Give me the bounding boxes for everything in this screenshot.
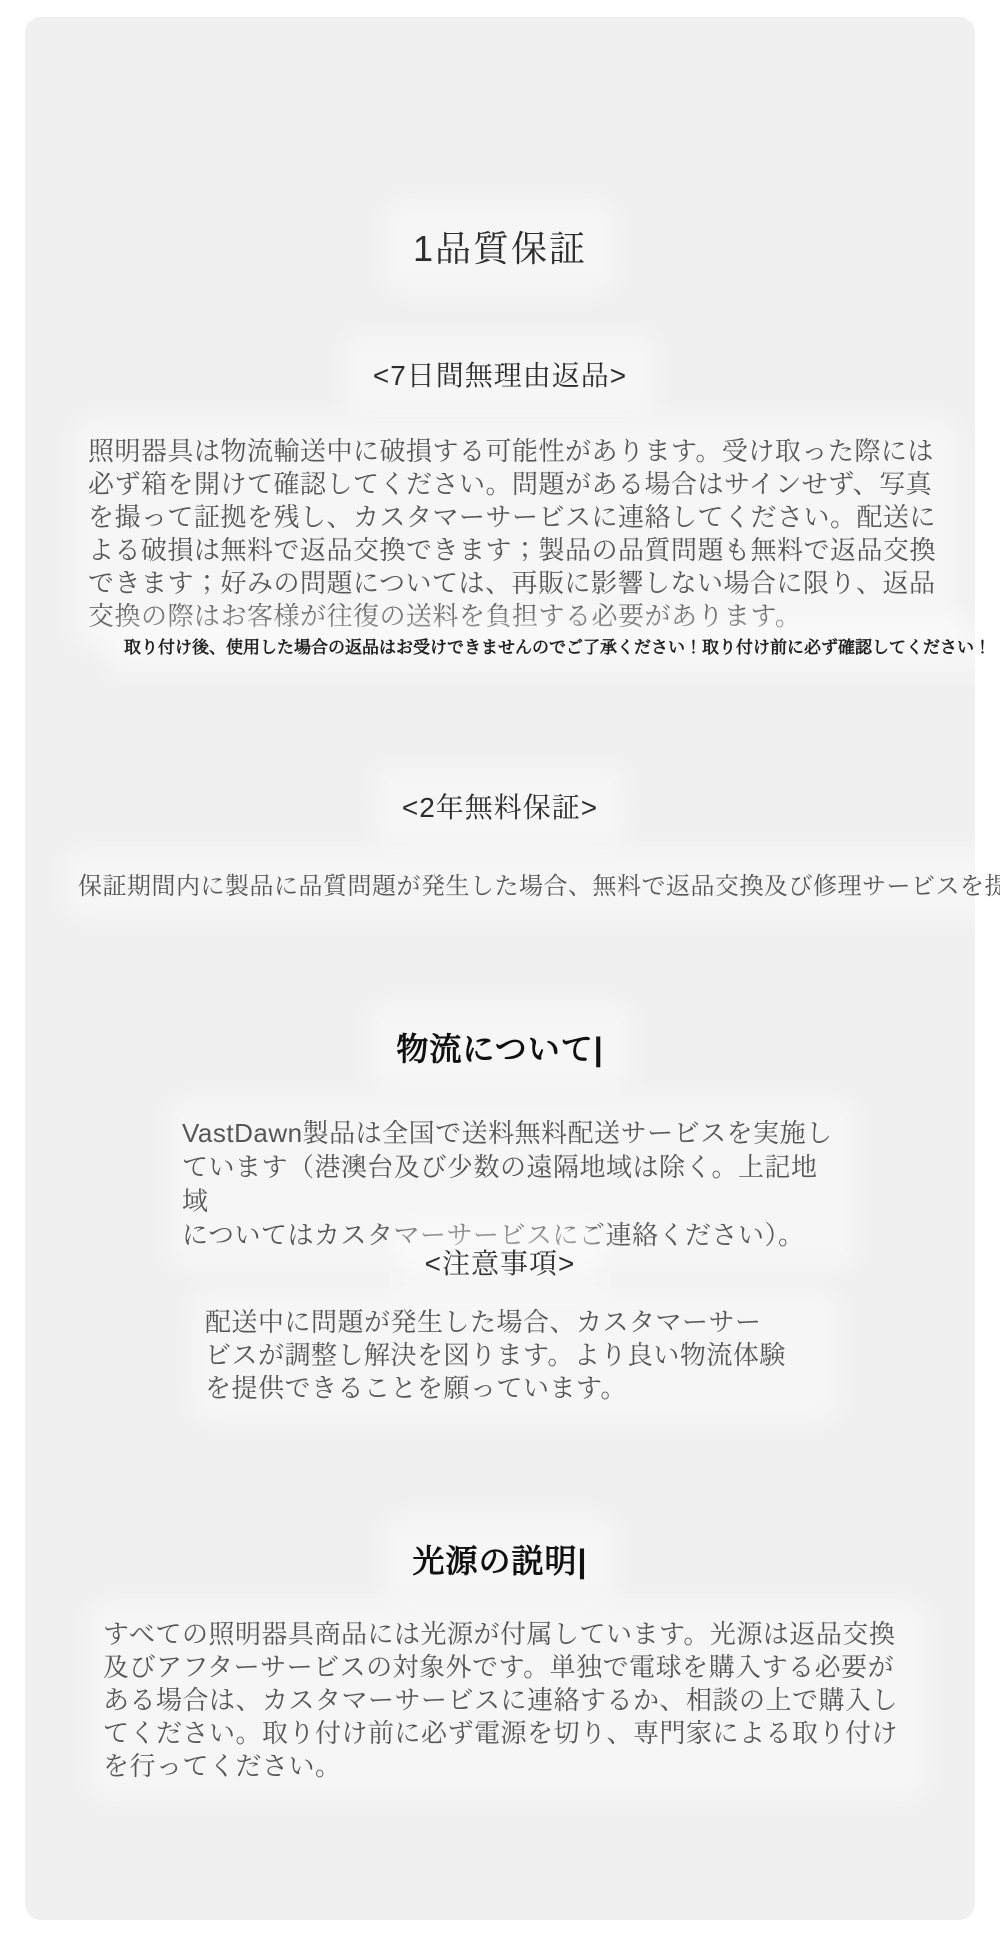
two-year-heading: <2年無料保証>: [388, 780, 612, 832]
seven-day-heading: <7日間無理由返品>: [359, 348, 641, 400]
seven-day-paragraph: 照明器具は物流輸送中に破損する可能性があります。受け取った際には 必ず箱を開けて…: [88, 433, 944, 635]
logistics-heading-row: 物流について|: [0, 1018, 1000, 1076]
logistics-paragraph: VastDawn製品は全国で送料無料配送サービスを実施し ています（港澳台及び少…: [182, 1114, 842, 1254]
page-background: { "quality": { "title": "1品質保証", "seven_…: [0, 0, 1000, 1947]
light-source-heading: 光源の説明|: [399, 1530, 602, 1588]
two-year-paragraph: 保証期間内に製品に品質問題が発生した場合、無料で返品交換及び修理サービスを提: [78, 864, 1000, 903]
light-source-heading-row: 光源の説明|: [0, 1530, 1000, 1588]
two-year-heading-row: <2年無料保証>: [0, 780, 1000, 832]
notes-heading-row: <注意事項>: [0, 1236, 1000, 1288]
quality-section-title-row: 1品質保証: [0, 215, 1000, 278]
light-source-paragraph: すべての照明器具商品には光源が付属しています。光源は返品交換 及びアフターサービ…: [103, 1616, 913, 1785]
install-warning-note: 取り付け後、使用した場合の返品はお受けできませんのでご了承ください！取り付け前に…: [120, 631, 995, 660]
seven-day-heading-row: <7日間無理由返品>: [0, 348, 1000, 400]
logistics-heading: 物流について|: [382, 1018, 617, 1076]
quality-title: 1品質保証: [399, 215, 601, 278]
notes-heading: <注意事項>: [411, 1236, 590, 1288]
notes-paragraph: 配送中に問題が発生した場合、カスタマーサー ビスが調整し解決を図ります。より良い…: [205, 1304, 825, 1407]
